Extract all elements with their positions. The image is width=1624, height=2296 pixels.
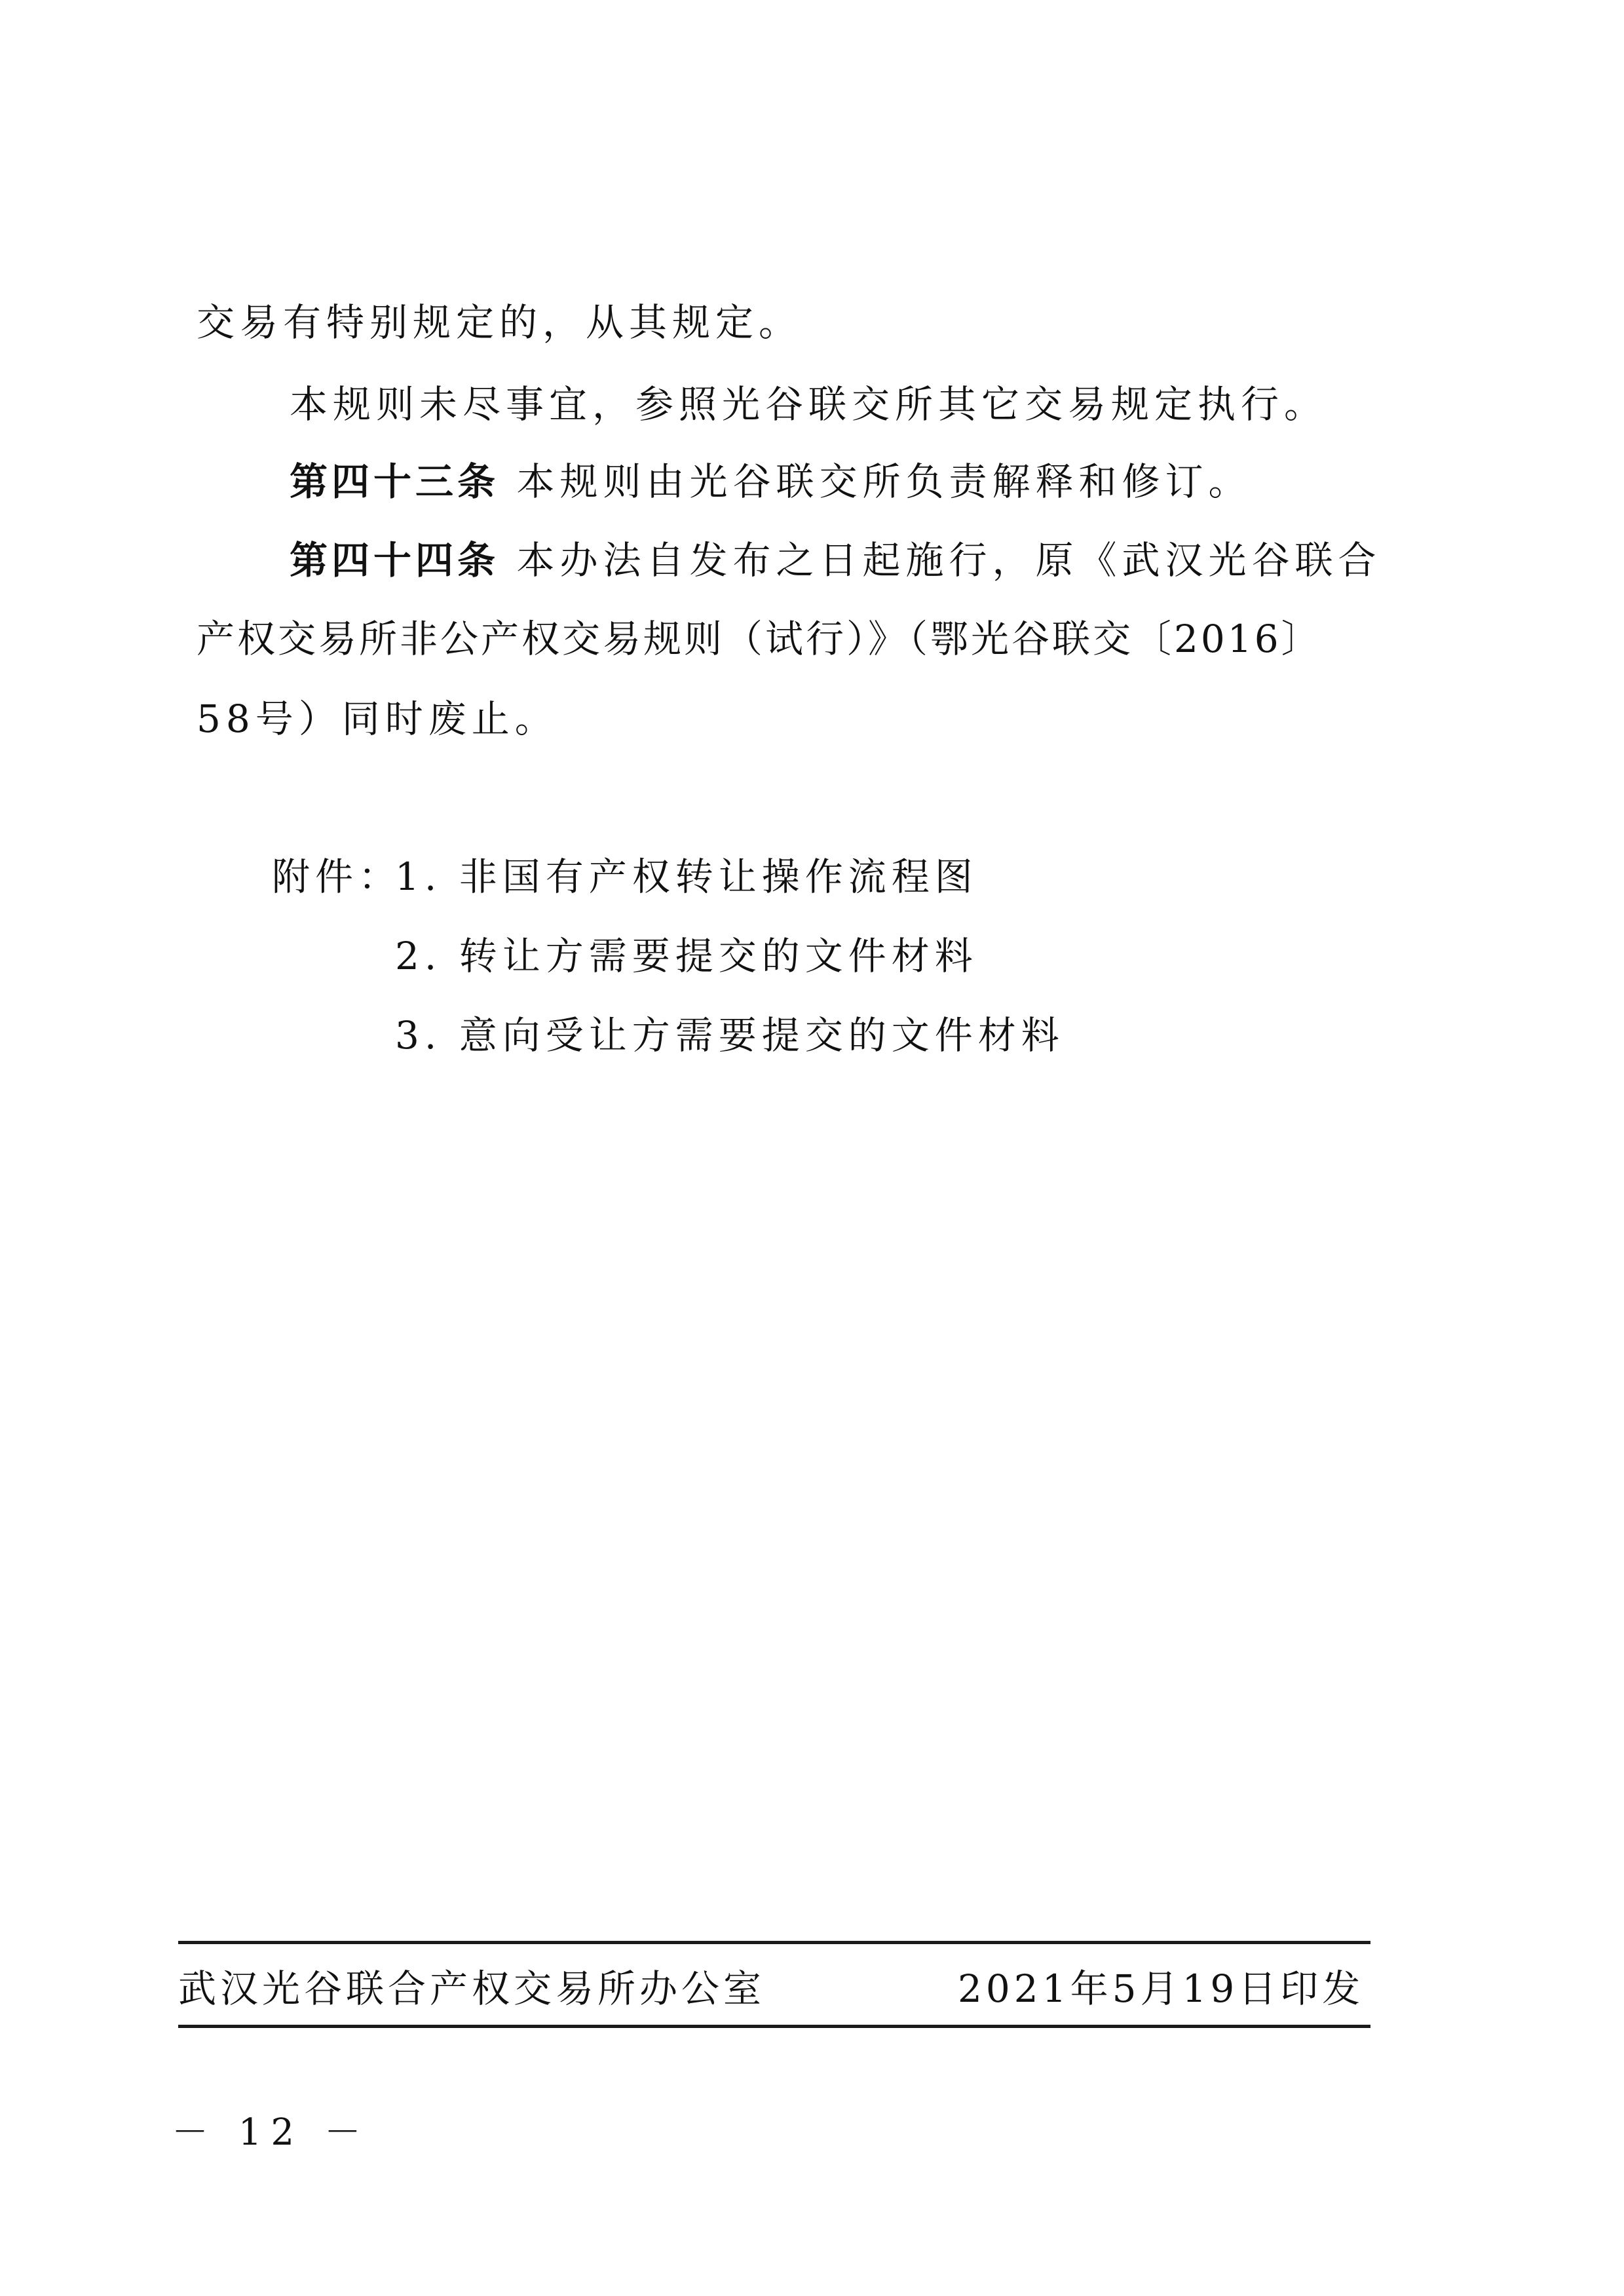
footer-bottom-rule (178, 2025, 1370, 2028)
attachment-item-2: 2. 转让方需要提交的文件材料 (395, 933, 978, 979)
article-44: 第四十四条 本办法自发布之日起施行，原《武汉光谷联合 (290, 537, 1381, 583)
article-43: 第四十三条 本规则由光谷联交所负责解释和修订。 (290, 459, 1251, 505)
document-page: 交易有特别规定的，从其规定。 本规则未尽事宜，参照光谷联交所其它交易规定执行。 … (0, 0, 1624, 2296)
body-line-unresolved-matters: 本规则未尽事宜，参照光谷联交所其它交易规定执行。 (290, 381, 1327, 427)
footer-issue-date: 2021年5月19日印发 (958, 1966, 1364, 2012)
page-number: － 12 － (172, 2110, 370, 2156)
article-44-text-line2: 产权交易所非公产权交易规则（试行）》（鄂光谷联交〔2016〕 (197, 616, 1322, 662)
footer-top-rule (178, 1941, 1370, 1944)
body-line-special-provisions: 交易有特别规定的，从其规定。 (197, 299, 802, 345)
article-44-heading: 第四十四条 (290, 538, 499, 583)
attachments-label: 附件： (272, 854, 402, 900)
article-43-text: 本规则由光谷联交所负责解释和修订。 (516, 459, 1251, 504)
attachment-item-3: 3. 意向受让方需要提交的文件材料 (395, 1012, 1065, 1058)
footer-issuer: 武汉光谷联合产权交易所办公室 (178, 1966, 765, 2012)
article-43-heading: 第四十三条 (290, 459, 499, 504)
attachment-item-1: 1. 非国有产权转让操作流程图 (395, 854, 978, 900)
article-44-text-line3: 58号）同时废止。 (197, 696, 558, 742)
article-44-text-line1: 本办法自发布之日起施行，原《武汉光谷联合 (516, 538, 1381, 583)
